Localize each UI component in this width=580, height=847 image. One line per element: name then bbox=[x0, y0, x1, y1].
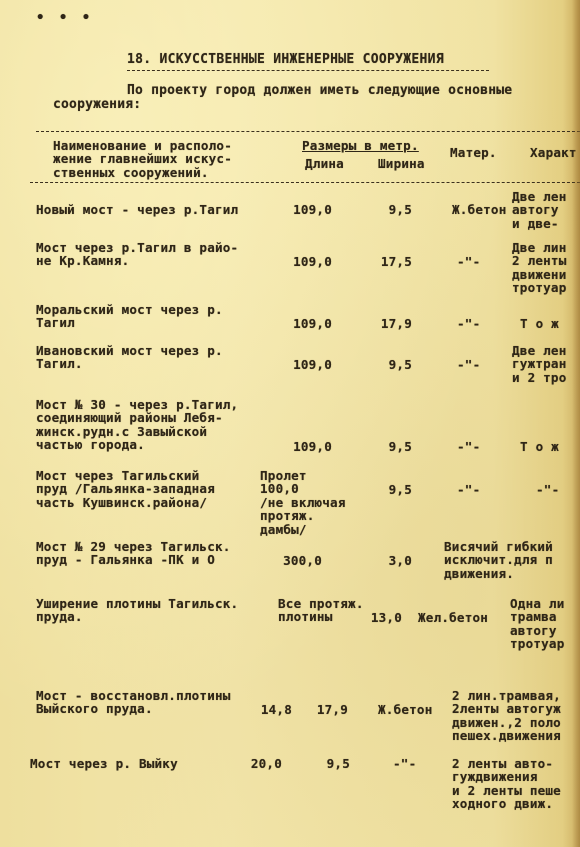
row-material: Жел.бетон bbox=[418, 611, 488, 624]
row-name: Новый мост - через р.Тагил bbox=[36, 203, 238, 216]
intro-text-line-2: сооружения: bbox=[53, 98, 141, 111]
section-title: 18. ИСКУССТВЕННЫЕ ИНЖЕНЕРНЫЕ СООРУЖЕНИЯ bbox=[127, 53, 444, 66]
row-name: Мост через р. Выйку bbox=[30, 757, 178, 770]
header-name: Наименование и располо- жение главнейших… bbox=[53, 139, 232, 179]
row-character: Одна ли трамва автогу тротуар bbox=[510, 597, 564, 651]
row-width: 9,5 bbox=[362, 440, 412, 453]
row-character: 2 лин.трамвая, 2ленты автогуж движен.,2 … bbox=[452, 689, 561, 743]
header-character: Характ bbox=[530, 146, 577, 159]
header-material: Матер. bbox=[450, 146, 497, 159]
row-width: 9,5 bbox=[300, 757, 350, 770]
row-character: 2 ленты авто- гуждвижения и 2 ленты пеше… bbox=[452, 757, 561, 811]
row-material: -"- bbox=[457, 255, 480, 268]
row-width: 13,0 bbox=[352, 611, 402, 624]
header-bottom-divider bbox=[30, 182, 580, 183]
row-length: Все протяж. плотины bbox=[278, 597, 364, 624]
row-length: 300,0 bbox=[262, 554, 322, 567]
row-name: Мост через Тагильский пруд /Гальянка-зап… bbox=[36, 469, 215, 509]
table-top-divider bbox=[36, 131, 580, 132]
intro-text-line-1: По проекту город должен иметь следующие … bbox=[127, 84, 512, 97]
row-length: 109,0 bbox=[272, 317, 332, 330]
header-size-group: Размеры в метр. bbox=[302, 139, 419, 152]
row-name: Мост - восстановл.плотины Выйского пруда… bbox=[36, 689, 231, 716]
row-name: Моральский мост через р. Тагил bbox=[36, 303, 223, 330]
row-character: Висячий гибкий исключит.для п движения. bbox=[444, 540, 553, 580]
header-length: Длина bbox=[305, 157, 344, 170]
row-name: Мост № 29 через Тагильск. пруд - Гальянк… bbox=[36, 540, 231, 567]
row-material: Ж.бетон bbox=[452, 203, 506, 216]
row-length: 109,0 bbox=[272, 255, 332, 268]
row-width: 9,5 bbox=[362, 483, 412, 496]
row-character: Т о ж bbox=[520, 440, 559, 453]
row-name: Ивановский мост через р. Тагил. bbox=[36, 344, 223, 371]
row-material: Ж.бетон bbox=[378, 703, 432, 716]
row-length: 20,0 bbox=[222, 757, 282, 770]
ellipsis-marker: • • • bbox=[36, 12, 93, 25]
row-name: Уширение плотины Тагильск. пруда. bbox=[36, 597, 238, 624]
row-width: 17,5 bbox=[362, 255, 412, 268]
row-material: -"- bbox=[457, 358, 480, 371]
header-width: Ширина bbox=[378, 157, 425, 170]
document-page: • • • 18. ИСКУССТВЕННЫЕ ИНЖЕНЕРНЫЕ СООРУ… bbox=[0, 0, 580, 847]
row-character: Т о ж bbox=[520, 317, 559, 330]
row-character: Две лен автогу и две- bbox=[512, 190, 566, 230]
title-underline-divider bbox=[127, 70, 489, 71]
page-edge-shadow bbox=[572, 0, 580, 847]
row-material: -"- bbox=[457, 440, 480, 453]
row-character: Две лен гужтран и 2 тро bbox=[512, 344, 566, 384]
row-name: Мост № 30 - через р.Тагил, соединяющий р… bbox=[36, 398, 238, 452]
row-material: -"- bbox=[457, 317, 480, 330]
row-name: Мост через р.Тагил в райо- не Кр.Камня. bbox=[36, 241, 238, 268]
row-length: 14,8 bbox=[232, 703, 292, 716]
row-material: -"- bbox=[457, 483, 480, 496]
row-width: 9,5 bbox=[362, 203, 412, 216]
row-width: 17,9 bbox=[298, 703, 348, 716]
row-length: 109,0 bbox=[272, 440, 332, 453]
row-length: 109,0 bbox=[272, 358, 332, 371]
row-width: 17,9 bbox=[362, 317, 412, 330]
row-character: Две лин 2 ленты движени тротуар bbox=[512, 241, 566, 295]
row-width: 3,0 bbox=[362, 554, 412, 567]
row-length: 109,0 bbox=[272, 203, 332, 216]
row-character: -"- bbox=[536, 483, 559, 496]
row-width: 9,5 bbox=[362, 358, 412, 371]
row-length: Пролет 100,0 /не включая протяж. дамбы/ bbox=[260, 469, 346, 536]
row-material: -"- bbox=[393, 757, 416, 770]
